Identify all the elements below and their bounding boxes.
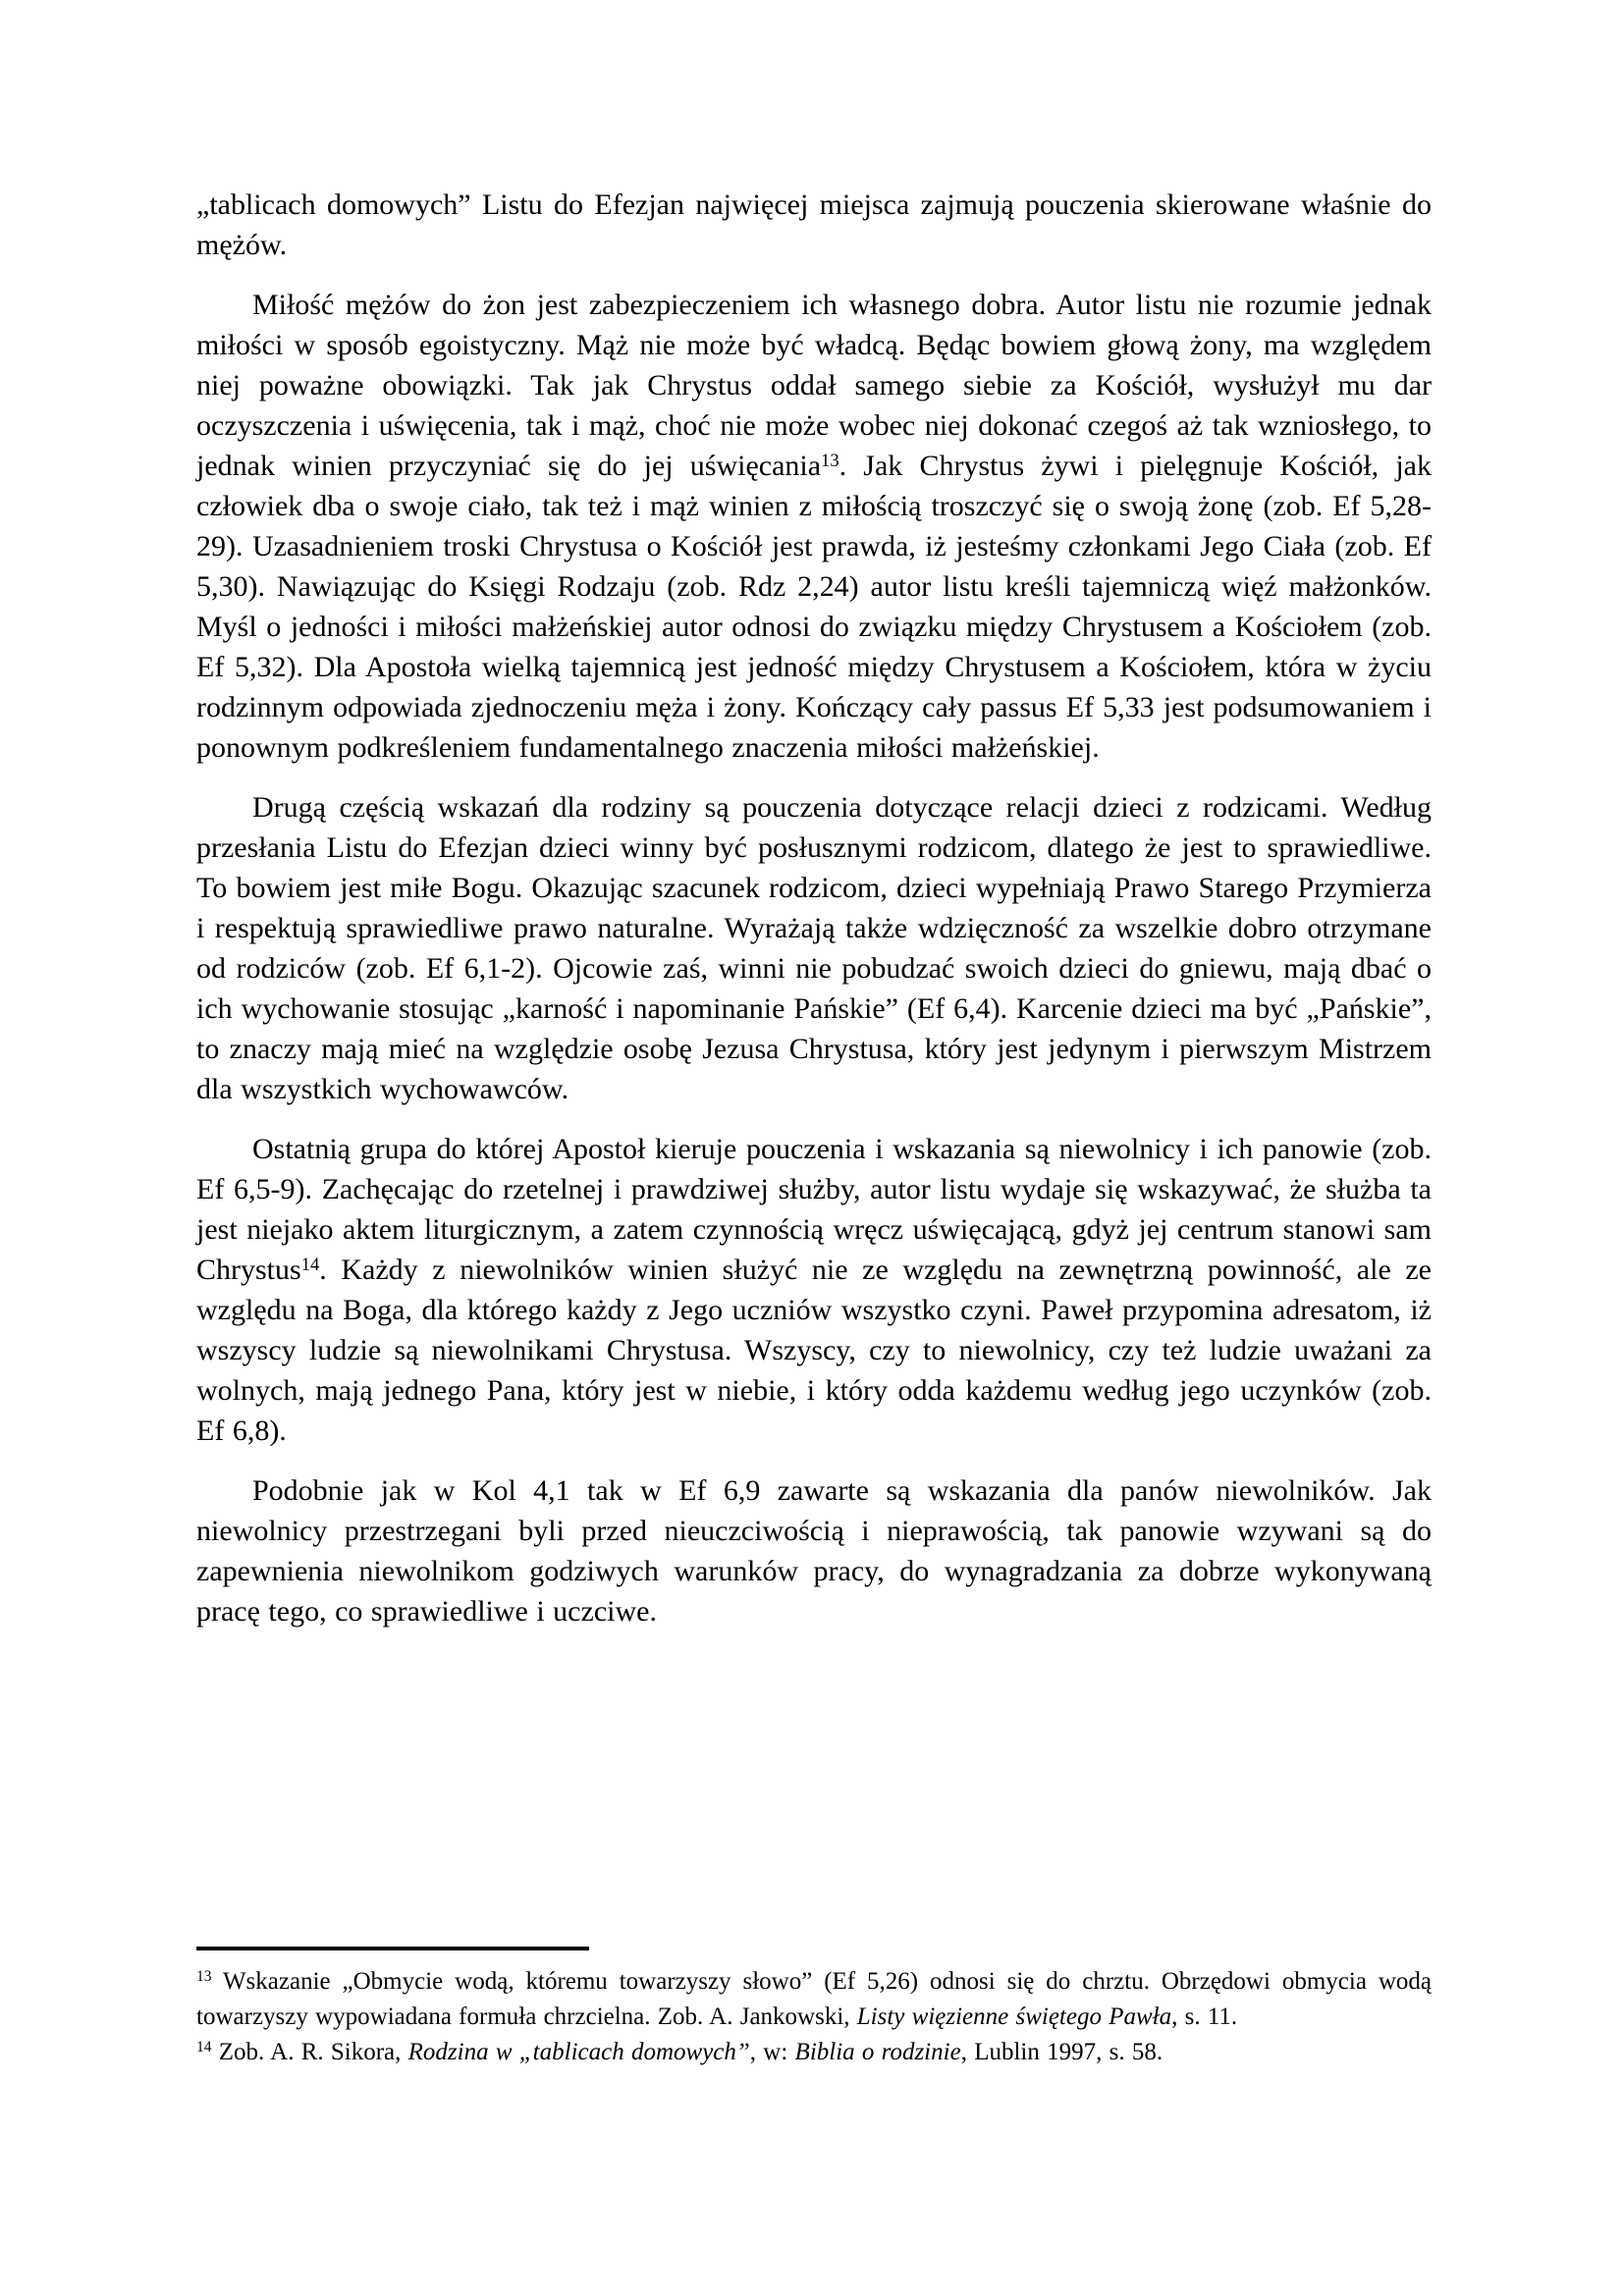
footnote-reference: 14 xyxy=(301,1255,320,1275)
footnote-13: 13 Wskazanie „Obmycie wodą, któremu towa… xyxy=(196,1964,1432,2035)
paragraph-1: „tablicach domowych” Listu do Efezjan na… xyxy=(196,185,1432,265)
footnote-marker: 13 xyxy=(196,1968,212,1985)
italic-title: Biblia o rodzinie xyxy=(795,2039,961,2065)
paragraph-2: Miłość mężów do żon jest zabezpieczeniem… xyxy=(196,285,1432,768)
paragraph-4: Ostatnią grupa do której Apostoł kieruje… xyxy=(196,1129,1432,1451)
footnote-reference: 13 xyxy=(821,451,839,471)
footnote-marker: 14 xyxy=(196,2039,212,2056)
document-page: „tablicach domowych” Listu do Efezjan na… xyxy=(0,0,1623,2296)
italic-title: Rodzina w „tablicach domowych” xyxy=(408,2039,750,2065)
paragraph-3: Drugą częścią wskazań dla rodziny są pou… xyxy=(196,787,1432,1109)
paragraph-5: Podobnie jak w Kol 4,1 tak w Ef 6,9 zawa… xyxy=(196,1470,1432,1631)
footnote-14: 14 Zob. A. R. Sikora, Rodzina w „tablica… xyxy=(196,2035,1432,2070)
footnotes-section: 13 Wskazanie „Obmycie wodą, któremu towa… xyxy=(196,1947,1432,2070)
footnote-separator-rule xyxy=(196,1947,589,1950)
footnotes-list: 13 Wskazanie „Obmycie wodą, któremu towa… xyxy=(196,1964,1432,2070)
document-body: „tablicach domowych” Listu do Efezjan na… xyxy=(196,185,1432,1651)
italic-title: Listy więzienne świętego Pawła xyxy=(857,2003,1171,2030)
